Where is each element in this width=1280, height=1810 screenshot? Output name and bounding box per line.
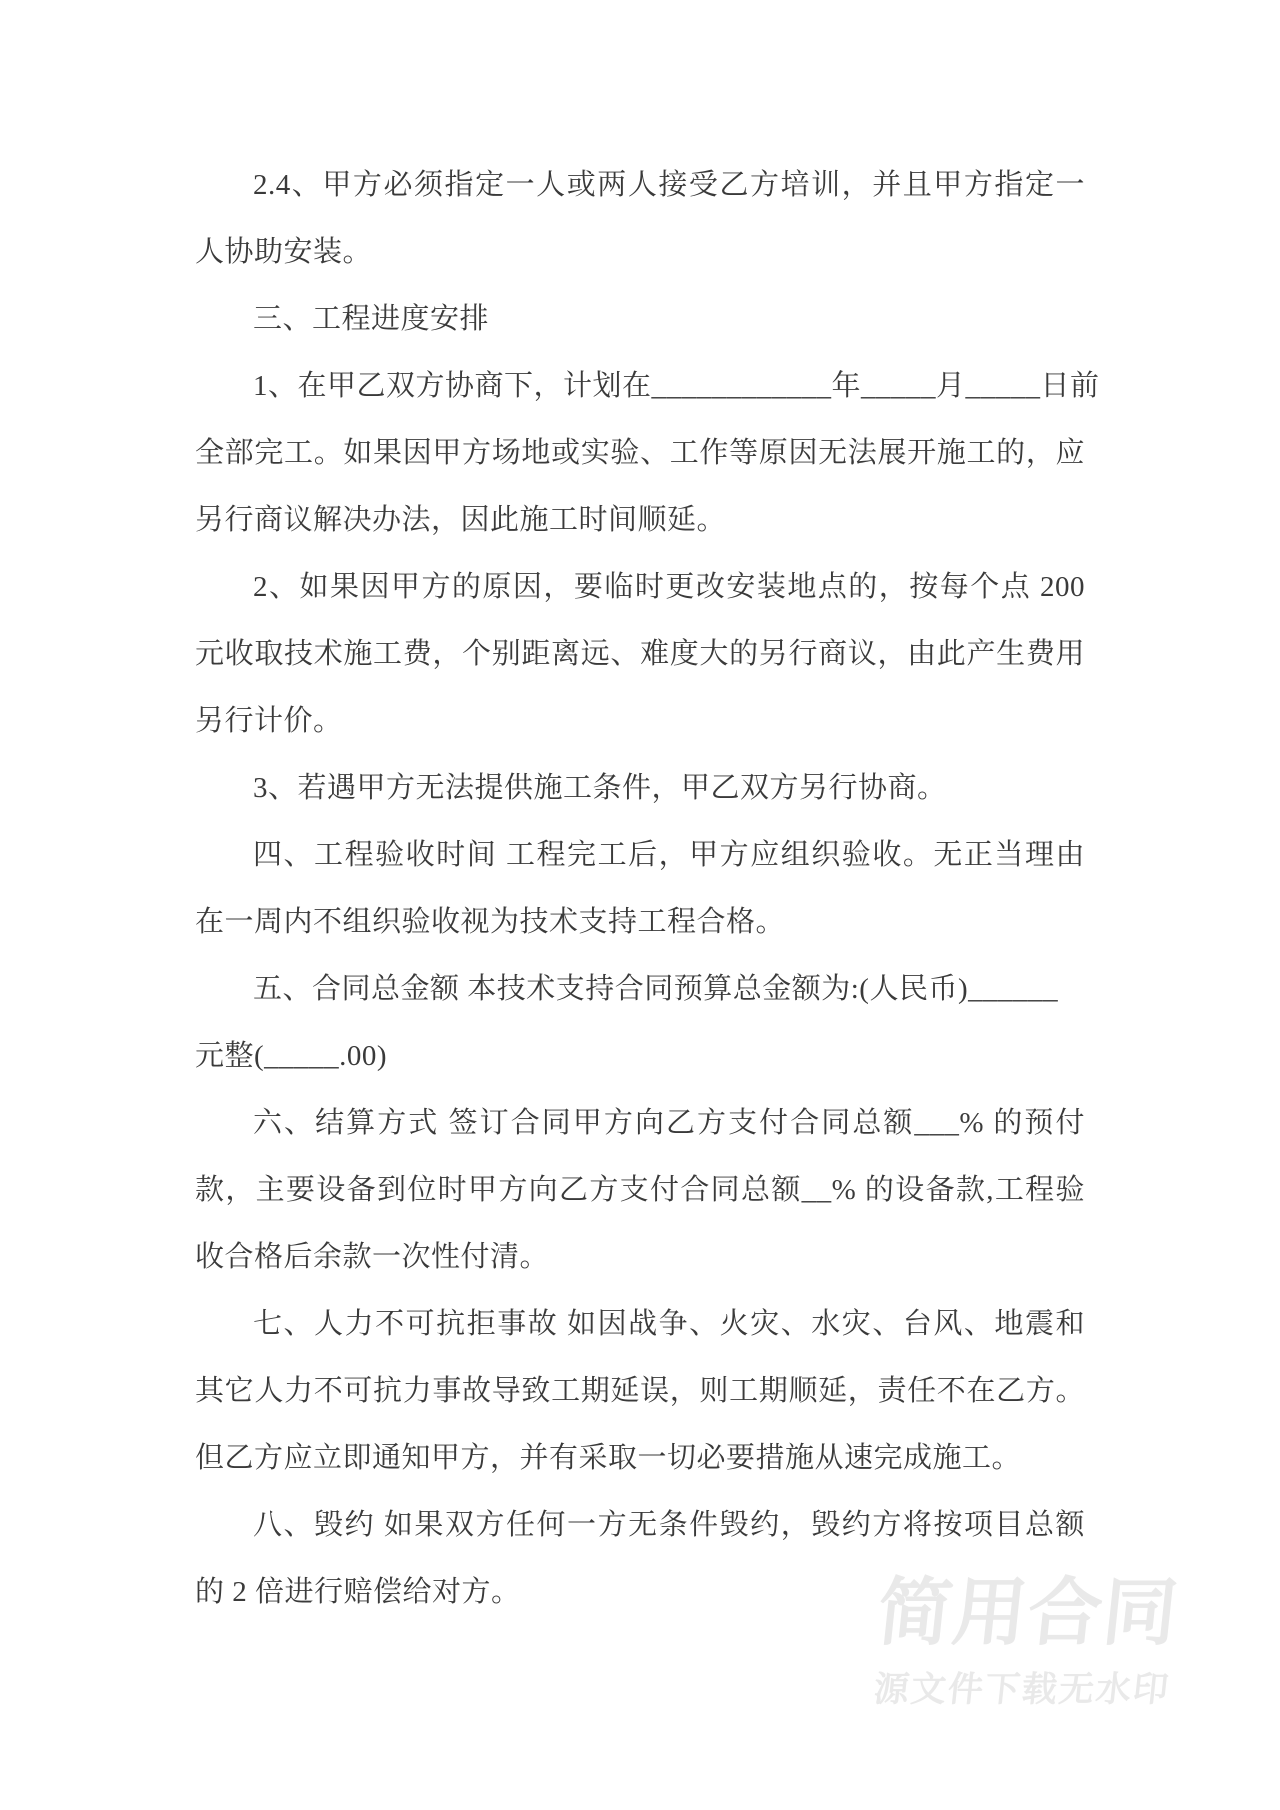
contract-line: 元整(_____.00) xyxy=(195,1023,1085,1090)
contract-line: 3、若遇甲方无法提供施工条件，甲乙双方另行协商。 xyxy=(195,755,1085,822)
contract-line: 全部完工。如果因甲方场地或实验、工作等原因无法展开施工的，应 xyxy=(195,420,1085,487)
contract-document-page: 2.4、甲方必须指定一人或两人接受乙方培训，并且甲方指定一 人协助安装。 三、工… xyxy=(0,0,1280,1810)
contract-line: 七、人力不可抗拒事故 如因战争、火灾、水灾、台风、地震和 xyxy=(195,1291,1085,1358)
contract-line: 另行商议解决办法，因此施工时间顺延。 xyxy=(195,487,1085,554)
contract-line: 六、结算方式 签订合同甲方向乙方支付合同总额___% 的预付 xyxy=(195,1090,1085,1157)
contract-line: 人协助安装。 xyxy=(195,219,1085,286)
watermark-title: 简用合同 xyxy=(874,1576,1182,1650)
contract-line: 2、如果因甲方的原因，要临时更改安装地点的，按每个点 200 xyxy=(195,554,1085,621)
contract-line: 2.4、甲方必须指定一人或两人接受乙方培训，并且甲方指定一 xyxy=(195,152,1085,219)
contract-line: 五、合同总金额 本技术支持合同预算总金额为:(人民币)______ xyxy=(195,956,1085,1023)
watermark: 简用合同 源文件下载无水印 xyxy=(868,1576,1182,1707)
contract-line: 收合格后余款一次性付清。 xyxy=(195,1224,1085,1291)
contract-section-heading: 三、工程进度安排 xyxy=(195,286,1085,353)
contract-line: 但乙方应立即通知甲方，并有采取一切必要措施从速完成施工。 xyxy=(195,1425,1085,1492)
contract-line: 八、毁约 如果双方任何一方无条件毁约，毁约方将按项目总额 xyxy=(195,1492,1085,1559)
contract-line: 在一周内不组织验收视为技术支持工程合格。 xyxy=(195,889,1085,956)
contract-line: 元收取技术施工费，个别距离远、难度大的另行商议，由此产生费用 xyxy=(195,621,1085,688)
contract-line: 款，主要设备到位时甲方向乙方支付合同总额__% 的设备款,工程验 xyxy=(195,1157,1085,1224)
contract-line: 其它人力不可抗力事故导致工期延误，则工期顺延，责任不在乙方。 xyxy=(195,1358,1085,1425)
watermark-subtitle: 源文件下载无水印 xyxy=(868,1672,1172,1707)
contract-line: 1、在甲乙双方协商下，计划在____________年_____月_____日前 xyxy=(195,353,1085,420)
contract-body: 2.4、甲方必须指定一人或两人接受乙方培训，并且甲方指定一 人协助安装。 三、工… xyxy=(195,152,1085,1626)
contract-line: 四、工程验收时间 工程完工后，甲方应组织验收。无正当理由 xyxy=(195,822,1085,889)
contract-line: 另行计价。 xyxy=(195,688,1085,755)
